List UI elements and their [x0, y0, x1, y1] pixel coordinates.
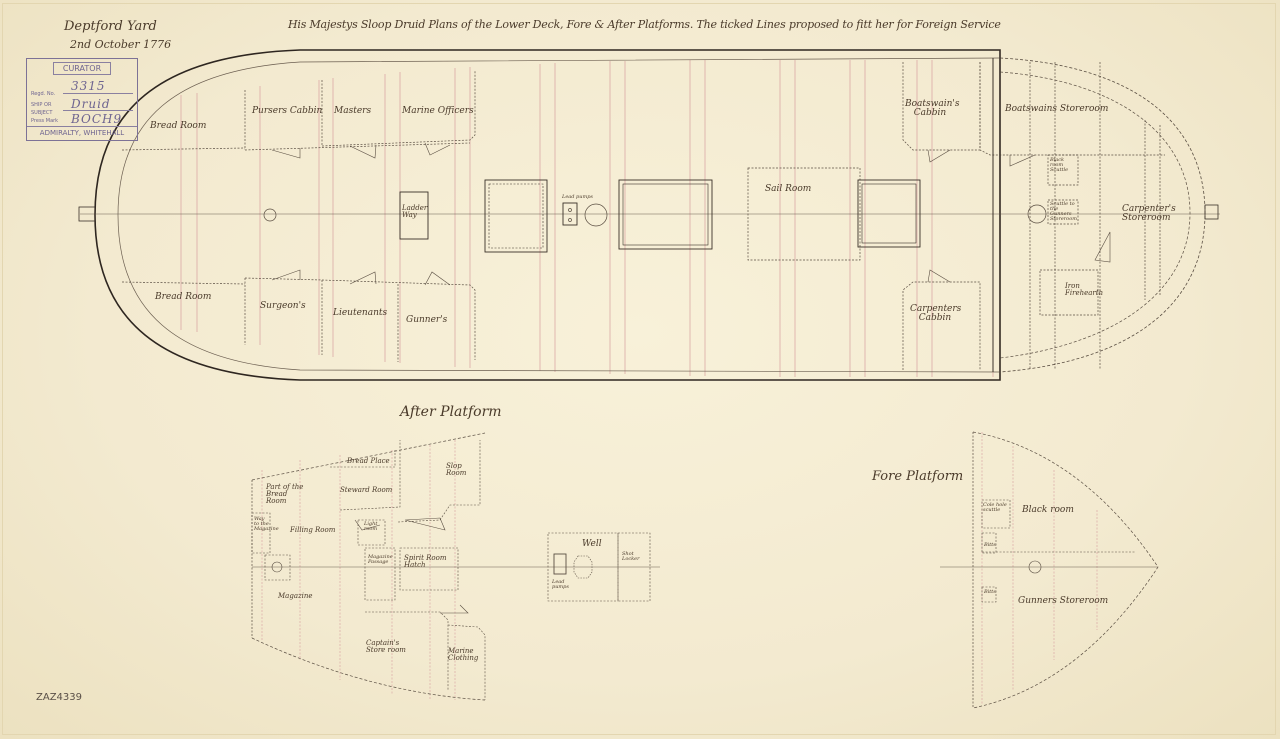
room-label: Slop Room [446, 463, 474, 477]
stamp-press-value: BOCH9 [71, 112, 122, 126]
room-label: Bread Room [150, 122, 206, 131]
room-label: Marine Clothing [448, 648, 480, 662]
scuttle-label: Scuttle to the Gunners Storeroom [1050, 202, 1078, 222]
room-label: Lieutenants [333, 309, 387, 318]
room-label: Light room [364, 522, 384, 532]
stamp-ship-value: Druid [71, 97, 111, 111]
catalogue-reference: ZAZ4339 [36, 692, 82, 703]
room-label: Bread Place [347, 458, 390, 465]
fore-platform-plan [940, 432, 1158, 708]
stamp-rule [63, 110, 133, 111]
room-label: Boatswains Storeroom [1005, 105, 1108, 114]
iron-firehearth-label: Iron Firehearth [1065, 283, 1100, 297]
room-label: Filling Room [290, 527, 335, 534]
stamp-regd-label: Regd. No. [31, 91, 55, 97]
origin-yard: Deptford Yard [64, 20, 157, 33]
room-label: Captain's Store room [366, 640, 418, 654]
room-label: Cole hole scuttle [983, 503, 1009, 513]
room-label: Black room [1022, 506, 1074, 515]
ladder-way-label: Ladder Way [402, 205, 428, 219]
origin-date: 2nd October 1776 [70, 39, 171, 50]
stamp-footer: ADMIRALTY, WHITEHALL [27, 126, 137, 140]
stamp-ship-label: SHIP OR [31, 102, 51, 108]
room-label: Magazine [278, 593, 313, 600]
room-label: Carpenters Cabbin [910, 305, 960, 323]
stamp-subject-label: SUBJECT [31, 110, 52, 116]
room-label: Pursers Cabbin [252, 107, 322, 116]
room-label: Part of the Bread Room [266, 484, 308, 505]
carpenters-storeroom-label: Carpenter's Storeroom [1122, 205, 1182, 223]
room-label: Boatswain's Cabbin [905, 100, 955, 118]
room-label: Spirit Room Hatch [404, 555, 454, 569]
black-room-label: Black room Scuttle [1050, 158, 1078, 173]
sail-room-label: Sail Room [765, 185, 811, 194]
room-label: Way to the Magazine [254, 517, 270, 532]
stamp-rule [63, 93, 133, 94]
stamp-heading: CURATOR [53, 62, 111, 75]
plan-title: His Majestys Sloop Druid Plans of the Lo… [288, 19, 1001, 30]
curator-stamp: CURATOR Regd. No. 3315 SHIP OR Druid SUB… [26, 58, 138, 141]
hull-outline [95, 50, 1000, 380]
room-label: Gunner's [406, 316, 447, 325]
room-label: Well [582, 540, 602, 549]
room-label: Shot Locker [622, 552, 646, 562]
room-label: Bitts [984, 543, 996, 548]
pumps-label: Lead pumps [562, 195, 593, 200]
room-label: Bread Room [155, 293, 211, 302]
room-label: Steward Room [340, 487, 392, 494]
room-label: Gunners Storeroom [1018, 597, 1108, 606]
lower-deck-plan [79, 50, 1220, 380]
room-label: Bitts [984, 590, 996, 595]
room-label: Masters [334, 107, 371, 116]
room-label: Surgeon's [260, 302, 306, 311]
room-label: Magazine Passage [368, 555, 394, 565]
room-label: Lead pumps [552, 580, 576, 590]
after-platform-title: After Platform [400, 405, 502, 419]
stamp-press-label: Press Mark [31, 118, 58, 124]
fore-platform-title: Fore Platform [872, 470, 963, 483]
stamp-regd-value: 3315 [71, 79, 106, 93]
room-label: Marine Officers [402, 107, 474, 116]
